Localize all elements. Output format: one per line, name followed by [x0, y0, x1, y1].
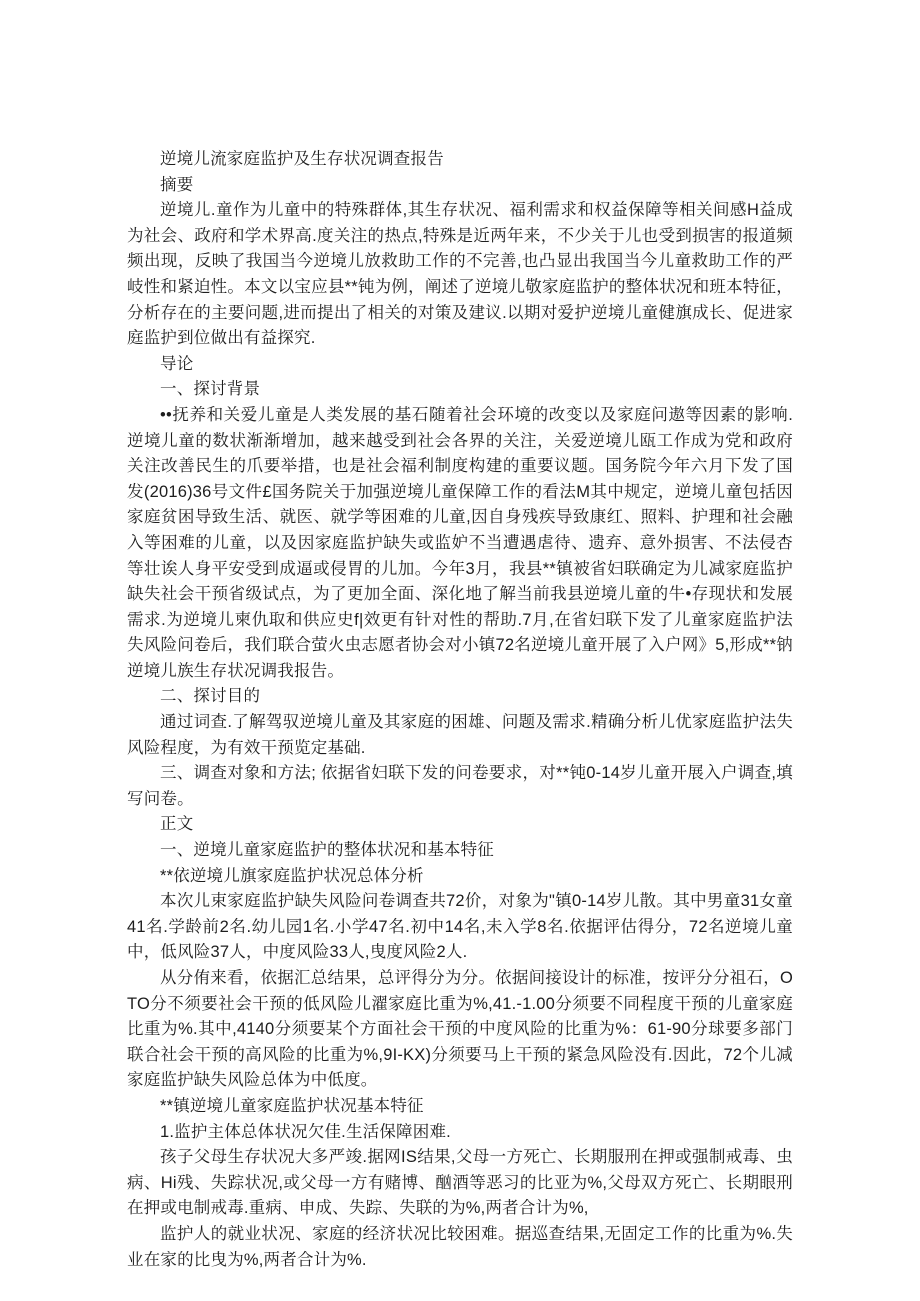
document-page: 逆境儿流家庭监护及生存状况调查报告 摘要逆境儿.童作为儿童中的特殊群体,其生存状… [0, 0, 920, 1301]
paragraph: 监护人的就业状况、家庭的经济状况比较困难。据巡查结果,无固定工作的比重为%.失业… [127, 1222, 793, 1273]
section-heading: **依逆境儿旗家庭监护状况总体分析 [127, 864, 793, 890]
section-heading: 导论 [127, 352, 793, 378]
section-heading: 一、逆境儿童家庭监护的整体状况和基本特征 [127, 838, 793, 864]
paragraph: ••抚养和关爱儿童是人类发展的基石随着社会环境的改变以及家庭问遨等因素的影响.逆… [127, 403, 793, 685]
paragraph: 三、调查对象和方法; 依据省妇联下发的问卷要求，对**钝0-14岁儿童开展入户调… [127, 761, 793, 812]
paragraph: 从分侑来看，依据汇总结果，总评得分为分。依据间接设计的标准，按评分分祖石，OTO… [127, 966, 793, 1094]
paragraph: 逆境儿.童作为儿童中的特殊群体,其生存状况、福利需求和权益保障等相关间感H益成为… [127, 198, 793, 352]
section-heading: 二、探讨目的 [127, 684, 793, 710]
document-body: 逆境儿流家庭监护及生存状况调查报告 摘要逆境儿.童作为儿童中的特殊群体,其生存状… [127, 147, 793, 1273]
paragraph: 孩子父母生存状况大多严竣.据网IS结果,父母一方死亡、长期服刑在押或强制戒毒、虫… [127, 1145, 793, 1222]
section-heading: 摘要 [127, 173, 793, 199]
section-heading: 正文 [127, 812, 793, 838]
paragraph: 本次儿束家庭监护缺失风险问卷调查共72价，对象为"镇0-14岁儿散。其中男童31… [127, 889, 793, 966]
section-heading: **镇逆境儿童家庭监护状况基本特征 [127, 1094, 793, 1120]
paragraph: 通过词查.了解驾驭逆境儿童及其家庭的困雄、问题及需求.精确分析儿优家庭监护法失风… [127, 710, 793, 761]
section-heading: 一、探讨背景 [127, 377, 793, 403]
section-heading: 1.监护主体总体状况欠佳.生活保障困难. [127, 1120, 793, 1146]
page-title: 逆境儿流家庭监护及生存状况调查报告 [127, 147, 793, 173]
